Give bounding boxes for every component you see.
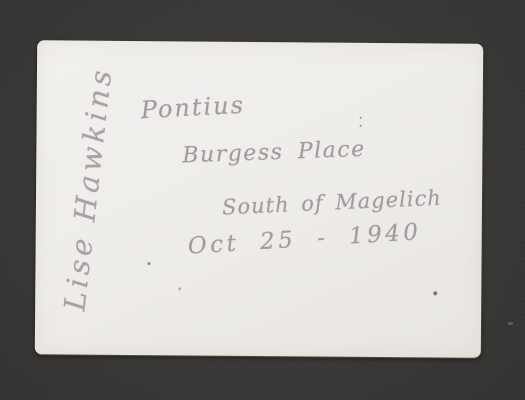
- inscription-line-2: Burgess Place: [182, 137, 366, 169]
- photo-back-card: Lise Hawkins Pontius Burgess Place South…: [35, 40, 483, 357]
- card-speck-small: [147, 262, 150, 265]
- card-speck-faint: [178, 287, 181, 290]
- inscription-line-1: Pontius: [140, 91, 246, 125]
- vertical-signature: Lise Hawkins: [57, 65, 118, 313]
- pencil-colon-mark: [359, 117, 363, 129]
- photo-mount-background: Lise Hawkins Pontius Burgess Place South…: [0, 0, 525, 400]
- mount-dust-speck: [508, 322, 513, 325]
- card-speck-dark: [433, 291, 437, 295]
- inscription-date-line: Oct 25 - 1940: [187, 219, 422, 259]
- inscription-line-3: South of Magelich: [222, 186, 443, 220]
